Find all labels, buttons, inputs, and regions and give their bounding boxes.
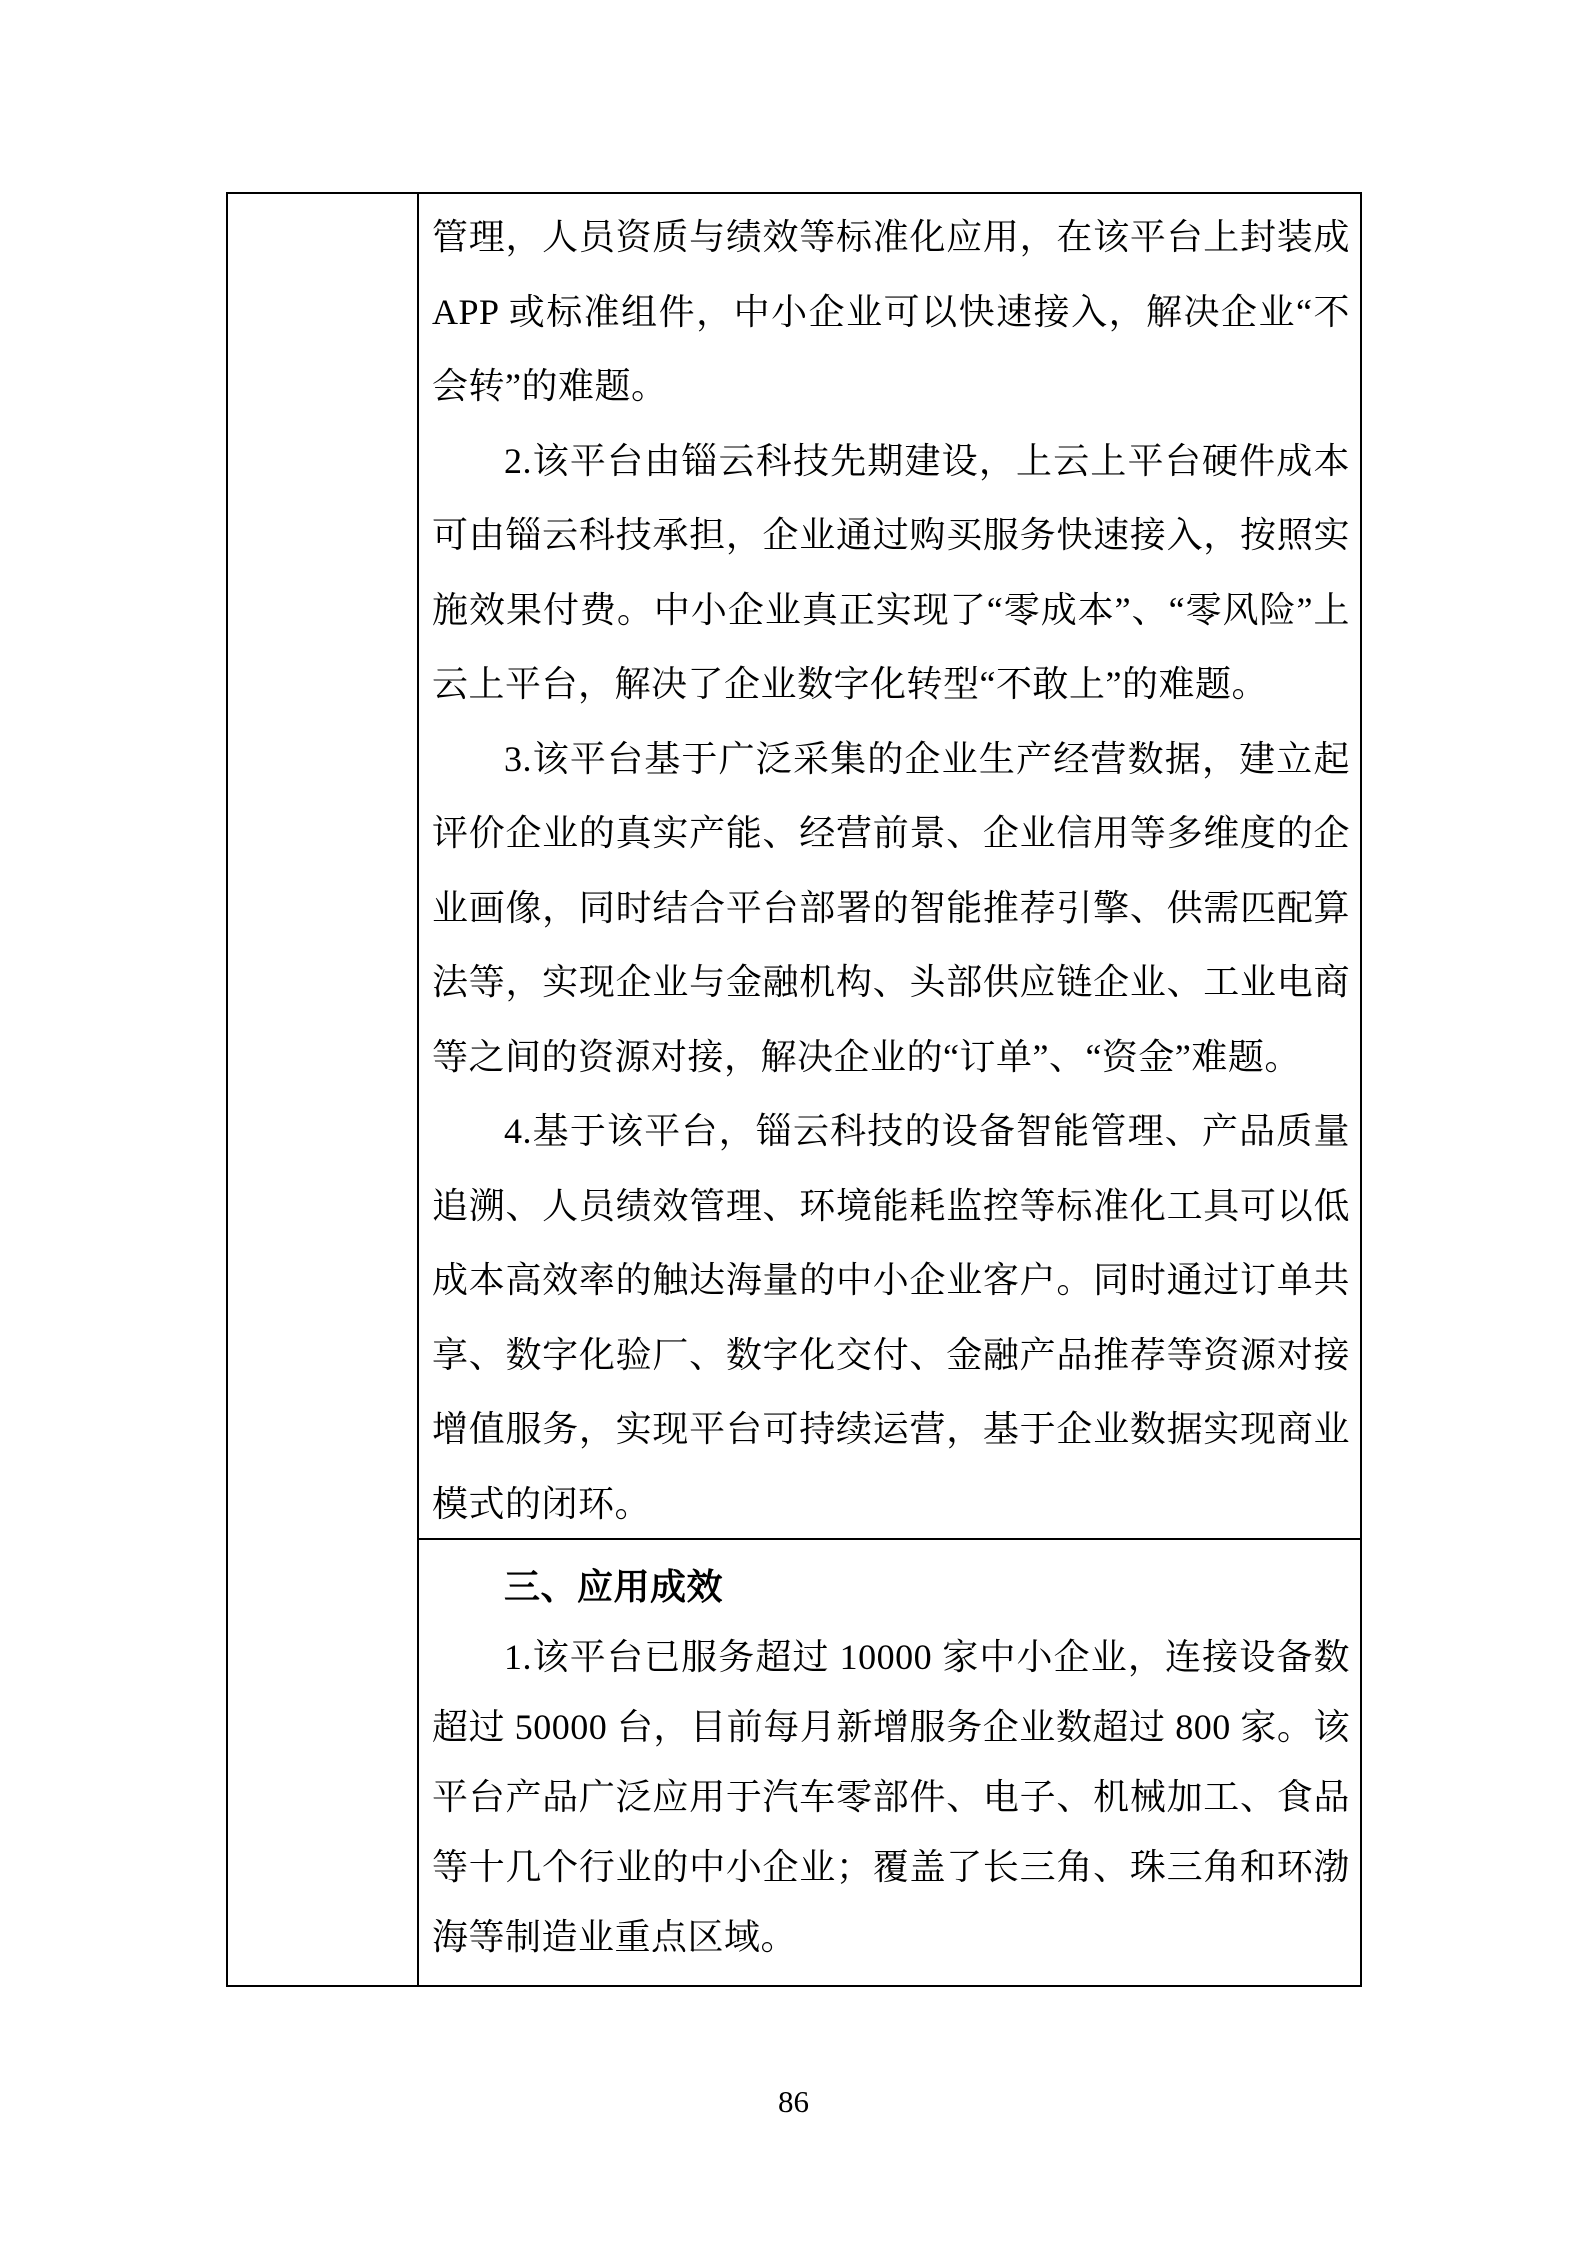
text-line: 增值服务，实现平台可持续运营，基于企业数据实现商业	[432, 1392, 1350, 1467]
text-line: 等之间的资源对接，解决企业的“订单”、“资金”难题。	[432, 1020, 1350, 1095]
text-line: 2.该平台由锱云科技先期建设，上云上平台硬件成本	[432, 424, 1350, 499]
text-line: 3.该平台基于广泛采集的企业生产经营数据，建立起	[432, 722, 1350, 797]
text-line: 等十几个行业的中小企业；覆盖了长三角、珠三角和环渤	[432, 1832, 1350, 1902]
text-line: 管理，人员资质与绩效等标准化应用，在该平台上封装成	[432, 200, 1350, 275]
text-line: 追溯、人员绩效管理、环境能耗监控等标准化工具可以低	[432, 1169, 1350, 1244]
text-line: APP 或标准组件，中小企业可以快速接入，解决企业“不	[432, 275, 1350, 350]
text-line: 评价企业的真实产能、经营前景、企业信用等多维度的企	[432, 796, 1350, 871]
text-line: 平台产品广泛应用于汽车零部件、电子、机械加工、食品	[432, 1762, 1350, 1832]
table-row-platform-details: 管理，人员资质与绩效等标准化应用，在该平台上封装成APP 或标准组件，中小企业可…	[419, 194, 1360, 1540]
text-line: 法等，实现企业与金融机构、头部供应链企业、工业电商	[432, 945, 1350, 1020]
content-table: 管理，人员资质与绩效等标准化应用，在该平台上封装成APP 或标准组件，中小企业可…	[226, 192, 1362, 1987]
text-line: 施效果付费。中小企业真正实现了“零成本”、“零风险”上	[432, 573, 1350, 648]
text-line: 可由锱云科技承担，企业通过购买服务快速接入，按照实	[432, 498, 1350, 573]
text-line: 超过 50000 台，目前每月新增服务企业数超过 800 家。该	[432, 1692, 1350, 1762]
text-line: 1.该平台已服务超过 10000 家中小企业，连接设备数	[432, 1622, 1350, 1692]
text-line: 模式的闭环。	[432, 1467, 1350, 1541]
page-number: 86	[0, 2082, 1587, 2122]
text-line: 4.基于该平台，锱云科技的设备智能管理、产品质量	[432, 1094, 1350, 1169]
text-line: 享、数字化验厂、数字化交付、金融产品推荐等资源对接	[432, 1318, 1350, 1393]
document-page: 管理，人员资质与绩效等标准化应用，在该平台上封装成APP 或标准组件，中小企业可…	[0, 0, 1587, 2245]
text-line: 三、应用成效	[432, 1552, 1350, 1622]
table-left-cell	[228, 194, 419, 1985]
text-line: 业画像，同时结合平台部署的智能推荐引擎、供需匹配算	[432, 871, 1350, 946]
text-line: 海等制造业重点区域。	[432, 1902, 1350, 1972]
text-line: 云上平台，解决了企业数字化转型“不敢上”的难题。	[432, 647, 1350, 722]
text-line: 会转”的难题。	[432, 349, 1350, 424]
text-line: 成本高效率的触达海量的中小企业客户。同时通过订单共	[432, 1243, 1350, 1318]
table-row-application-results: 三、应用成效1.该平台已服务超过 10000 家中小企业，连接设备数超过 500…	[419, 1540, 1360, 1985]
table-right-cell: 管理，人员资质与绩效等标准化应用，在该平台上封装成APP 或标准组件，中小企业可…	[419, 194, 1360, 1985]
